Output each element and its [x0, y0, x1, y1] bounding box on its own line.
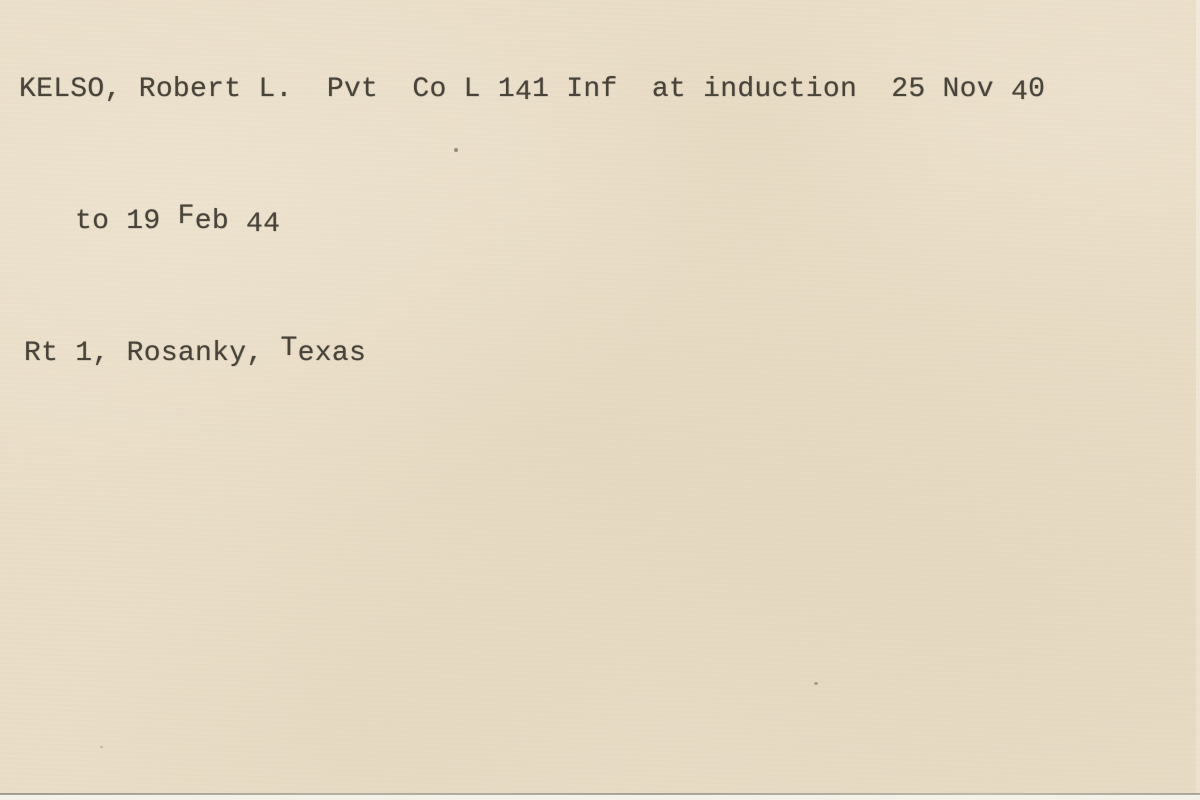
typed-segment: KELSO, Robert L. Pvt Co L 1 — [19, 74, 515, 105]
typed-segment: exas — [298, 338, 366, 369]
typed-line-service-record: KELSO, Robert L. Pvt Co L 141 Inf at ind… — [19, 73, 1045, 106]
card-right-edge-highlight — [1196, 0, 1200, 794]
typed-segment-low-four: 4 — [515, 77, 532, 108]
ink-speck — [100, 746, 103, 748]
ink-speck — [454, 148, 458, 152]
typed-segment-raised-cap: F — [178, 201, 195, 232]
typed-segment-raised-cap: T — [281, 333, 298, 364]
typed-line-discharge-date: to 19 Feb 44 — [19, 205, 1045, 238]
typed-text-block: KELSO, Robert L. Pvt Co L 141 Inf at ind… — [19, 7, 1045, 436]
ink-speck — [814, 682, 818, 685]
typed-segment-low-four: 4 — [1011, 77, 1028, 108]
typed-segment: 1 Inf at induction 25 Nov — [532, 74, 1011, 105]
typed-segment: eb — [195, 206, 246, 237]
scanned-document: KELSO, Robert L. Pvt Co L 141 Inf at ind… — [0, 0, 1200, 800]
typed-segment: Rt 1, Rosanky, — [24, 338, 281, 369]
typed-line-address: Rt 1, Rosanky, Texas — [24, 337, 1045, 370]
typed-segment: to 19 — [75, 206, 178, 237]
typed-segment: 0 — [1028, 74, 1045, 105]
index-card: KELSO, Robert L. Pvt Co L 141 Inf at ind… — [0, 0, 1200, 794]
scanner-background-strip — [0, 795, 1200, 800]
typed-segment-low-four: 44 — [246, 209, 280, 240]
